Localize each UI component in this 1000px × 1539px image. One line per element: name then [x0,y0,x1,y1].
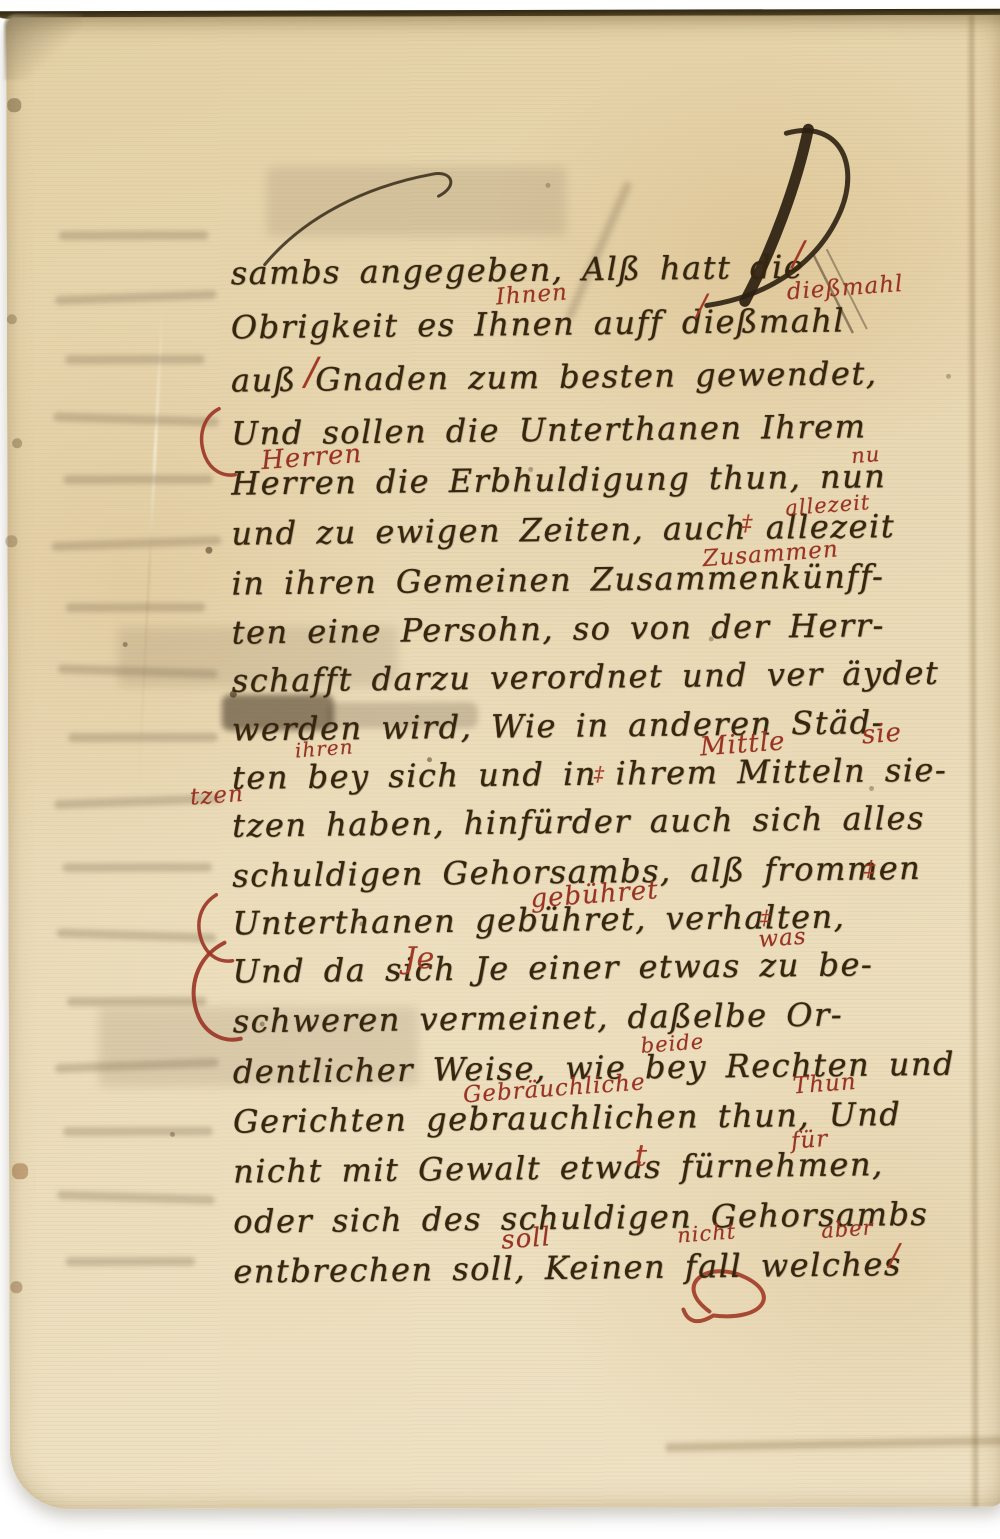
red-paragraph-mark [199,895,233,961]
showthrough-line [63,1127,213,1136]
red-insertion-letter: t [635,1142,647,1172]
showthrough-line [53,412,219,426]
red-correction: dießmahl [786,273,904,304]
manuscript-line: tzen haben, hinfürder auch sich alles [232,802,925,842]
red-correction: nicht [677,1221,737,1246]
showthrough-line [65,1257,195,1266]
red-insertion-mark: / [889,1241,899,1271]
manuscript-line: auß Gnaden zum besten gewendet, [231,357,878,396]
showthrough-line [51,536,221,551]
manuscript-page: sambs angegeben, Alß hatt die Obrigkeit … [6,15,1000,1510]
manuscript-line: ten bey sich und in ihrem Mitteln sie- [232,754,947,794]
red-insertion-letter: Je [404,944,434,974]
red-correction: aber [821,1217,875,1242]
red-correction: beide [640,1031,705,1057]
red-correction: sie [861,720,903,749]
red-insertion-mark: / [793,237,805,271]
manuscript-line: nicht mit Gewalt etwas fürnehmen, [233,1148,884,1187]
red-insertion-mark: ‡ [594,764,604,784]
red-correction: was [758,926,808,952]
showthrough-line [66,603,206,612]
manuscript-line: entbrechen soll, Keinen fall welches [233,1248,902,1288]
manuscript-line: schafft darzu verordnet und ver äydet [232,657,940,697]
ink-specks [6,17,9,20]
fold-shadow-bottom [666,1434,1000,1455]
showthrough-line [56,928,216,942]
showthrough-line [65,355,205,364]
showthrough-line [67,997,207,1006]
showthrough-line [57,1190,215,1204]
showthrough-line [59,231,209,240]
worn-corner [4,14,82,80]
manuscript-line: ten eine Persohn, so von der Herr- [231,609,884,648]
red-correction: Mittle [699,728,786,760]
red-correction: Thun [792,1071,857,1099]
showthrough-line [62,863,212,872]
manuscript-line: Obrigkeit es Ihnen auff dießmahl [231,304,846,343]
photographed-manuscript: sambs angegeben, Alß hatt die Obrigkeit … [0,0,1000,1539]
showthrough-line [55,290,217,305]
showthrough-blob [266,166,566,237]
red-insertion-mark: ‡ [760,907,770,927]
red-correction: Ihnen [495,281,569,309]
fold-shadow-right [966,15,980,1507]
red-insertion-mark: ‡ [864,859,875,881]
red-insertion-mark: / [697,291,707,321]
manuscript-line: schweren vermeinet, daßelbe Or- [233,998,844,1037]
red-correction: soll [500,1224,551,1254]
showthrough-line [68,733,218,742]
manuscript-line: Und da sich Je einer etwas zu be- [232,948,873,987]
red-correction: tzen [189,783,244,810]
red-correction: nu [850,444,881,467]
red-correction: Herren [260,441,363,474]
red-insertion-mark: ‡ [741,513,752,535]
showthrough-line [63,475,213,484]
red-correction: für [790,1128,829,1154]
red-insertion-mark: / [305,352,318,390]
red-correction: ihren [294,736,354,760]
